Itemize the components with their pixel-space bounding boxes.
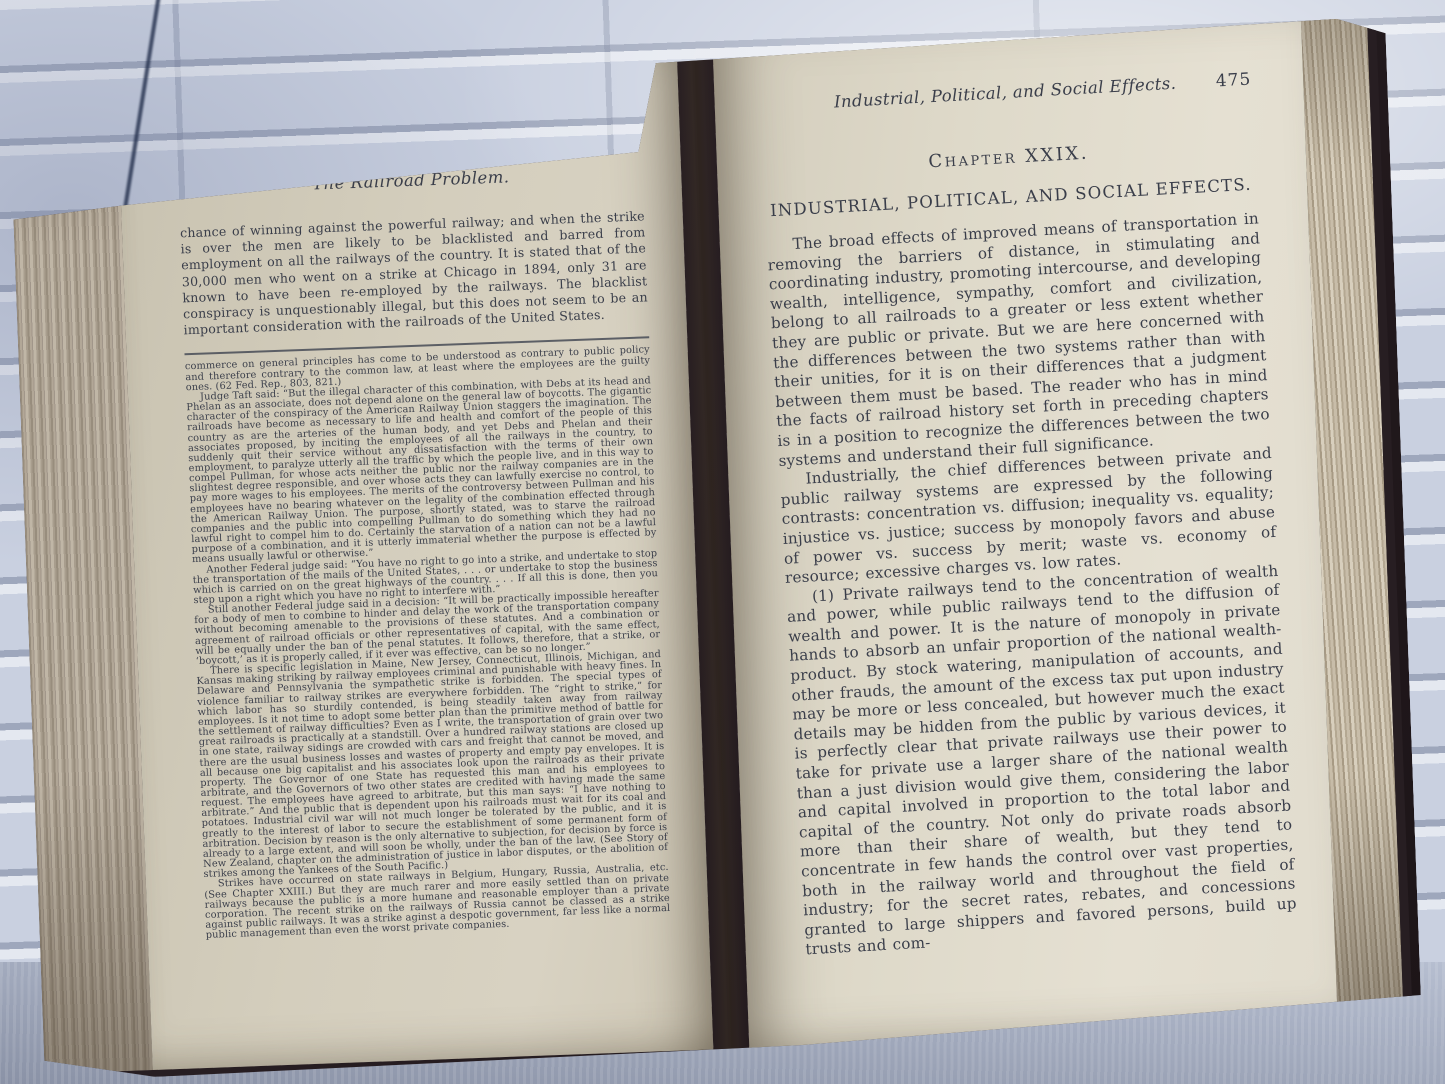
left-body-paragraph: chance of winning against the powerful r… (180, 208, 649, 338)
right-page: Industrial, Political, and Social Effect… (712, 20, 1337, 1048)
chapter-heading: Chapter XXIX. (762, 133, 1255, 181)
right-page-content: Industrial, Political, and Social Effect… (759, 70, 1299, 961)
right-running-head: Industrial, Political, and Social Effect… (810, 72, 1199, 112)
right-page-header: Industrial, Political, and Social Effect… (759, 70, 1252, 117)
header-spacer (759, 109, 811, 112)
right-page-number: 475 (1199, 70, 1252, 93)
header-spacer (591, 177, 643, 179)
footnote-paragraph: Judge Taft said: “But the illegal charac… (186, 376, 657, 566)
right-body-paragraph: (1) Private railways tend to the concent… (786, 561, 1299, 960)
left-page: 474 The Railroad Problem. chance of winn… (116, 43, 714, 1070)
footnote-paragraph: There is specific legislation in Maine, … (196, 650, 669, 880)
right-body-paragraph: The broad effects of improved means of t… (766, 209, 1271, 471)
footnote-block: commerce on general principles has come … (185, 346, 671, 942)
